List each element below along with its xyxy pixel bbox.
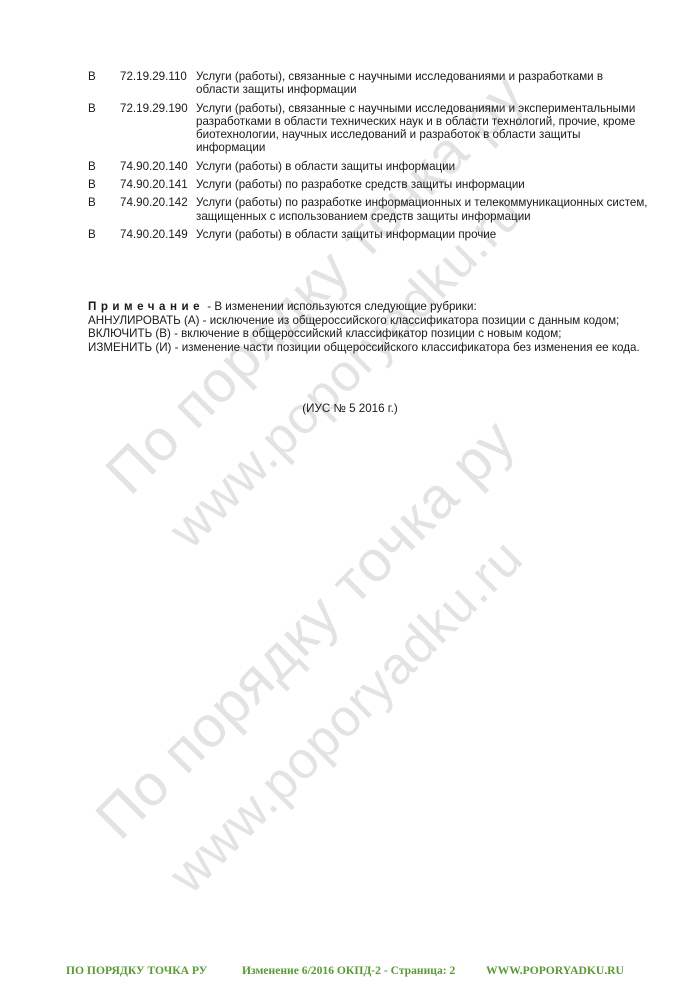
table-row: В 74.90.20.140 Услуги (работы) в области…: [88, 160, 648, 173]
note-block: Примечание - В изменении используются сл…: [88, 300, 648, 354]
change-mark: В: [88, 178, 120, 191]
table-row: В 74.90.20.142 Услуги (работы) по разраб…: [88, 196, 648, 223]
description: Услуги (работы) в области защиты информа…: [196, 160, 648, 173]
table-row: В 72.19.29.190 Услуги (работы), связанны…: [88, 102, 648, 155]
note-line-include: ВКЛЮЧИТЬ (В) - включение в общероссийски…: [88, 327, 648, 341]
description: Услуги (работы) по разработке средств за…: [196, 178, 648, 191]
note-title: Примечание: [88, 300, 204, 313]
code: 74.90.20.141: [120, 178, 196, 191]
table-row: В 72.19.29.110 Услуги (работы), связанны…: [88, 70, 648, 97]
description: Услуги (работы), связанные с научными ис…: [196, 70, 648, 97]
table-row: В 74.90.20.141 Услуги (работы) по разраб…: [88, 178, 648, 191]
description: Услуги (работы) по разработке информацио…: [196, 196, 648, 223]
footer-page-info: Изменение 6/2016 ОКПД-2 - Страница: 2: [242, 964, 455, 977]
description: Услуги (работы), связанные с научными ис…: [196, 102, 648, 155]
change-mark: В: [88, 102, 120, 155]
table-row: В 74.90.20.149 Услуги (работы) в области…: [88, 228, 648, 241]
change-mark: В: [88, 196, 120, 223]
code: 74.90.20.149: [120, 228, 196, 241]
code: 72.19.29.190: [120, 102, 196, 155]
classifier-table: В 72.19.29.110 Услуги (работы), связанны…: [88, 70, 648, 246]
watermark-url: www.poporyadku.ru: [158, 528, 535, 905]
description: Услуги (работы) в области защиты информа…: [196, 228, 648, 241]
note-line-change: ИЗМЕНИТЬ (И) - изменение части позиции о…: [88, 341, 648, 355]
change-mark: В: [88, 70, 120, 97]
watermark-text: По порядку точка ру: [83, 406, 529, 852]
source-reference: (ИУС № 5 2016 г.): [0, 402, 700, 415]
footer-site-name: ПО ПОРЯДКУ ТОЧКА РУ: [66, 964, 207, 977]
code: 74.90.20.140: [120, 160, 196, 173]
footer-url[interactable]: WWW.POPORYADKU.RU: [486, 964, 624, 977]
change-mark: В: [88, 160, 120, 173]
change-mark: В: [88, 228, 120, 241]
note-intro: - В изменении используются следующие руб…: [204, 300, 477, 313]
note-line-annul: АННУЛИРОВАТЬ (А) - исключение из общерос…: [88, 314, 648, 328]
code: 74.90.20.142: [120, 196, 196, 223]
code: 72.19.29.110: [120, 70, 196, 97]
